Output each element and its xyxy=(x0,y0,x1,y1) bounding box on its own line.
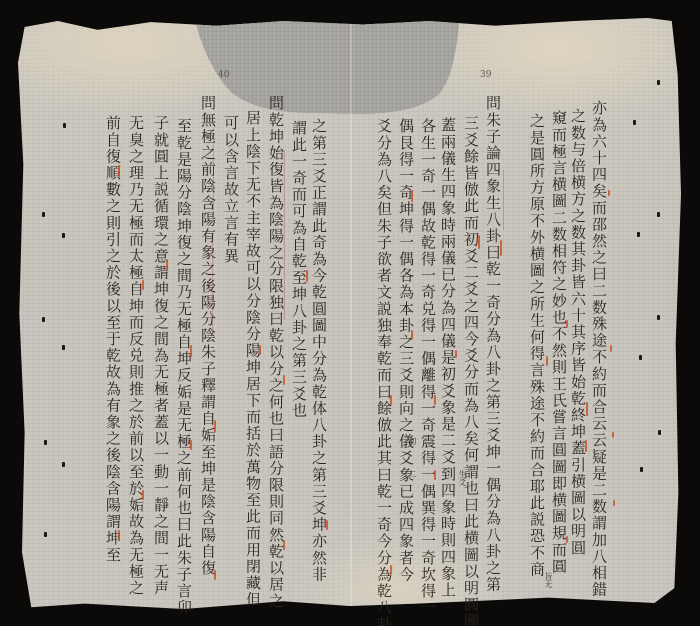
binding-hole xyxy=(657,80,660,85)
text-column: 可以含言故立言有異 xyxy=(222,115,239,264)
text-column: 蓋兩儀生四象時兩儀已分為四儀是初爻象是二爻到四象時則四象上 xyxy=(439,117,456,598)
page-number-left: 40 xyxy=(218,70,229,80)
binding-hole xyxy=(62,233,65,238)
red-punctuation-mark xyxy=(214,570,216,580)
center-fold xyxy=(350,15,352,612)
red-punctuation-mark xyxy=(411,330,413,340)
text-column: 无臭之理乃无極而太極自坤而反兑則推之於前以至於姤故為无極之 xyxy=(127,115,144,596)
text-column: 三爻餘皆倣此而初爻二爻之四今爻分而為八矣何謂也曰此横圖以明圓圖 xyxy=(462,115,479,626)
ruling-line xyxy=(284,150,285,320)
red-punctuation-mark xyxy=(478,235,480,249)
text-column: 問乾坤始復皆為陰陽之分限独曰乾以分之何也曰語分限則同然乾以居之 xyxy=(267,95,284,610)
binding-hole xyxy=(633,120,636,125)
ruling-line xyxy=(213,140,214,215)
red-punctuation-mark xyxy=(500,240,502,256)
text-column: 爻分為八矣但朱子欲者文説独奉乾而曰餘倣此其曰乾一奇今分為乾八卦 xyxy=(375,118,392,626)
page-number-right: 39 xyxy=(480,70,491,80)
text-column: 偶艮得一奇坤得一偶各為本卦之三爻則向之儀爻象已成四象者今 xyxy=(397,118,414,583)
binding-hole xyxy=(63,123,66,128)
red-punctuation-mark xyxy=(283,375,285,385)
binding-hole xyxy=(44,440,47,445)
binding-hole xyxy=(637,232,640,237)
red-punctuation-mark xyxy=(586,402,588,416)
binding-hole xyxy=(42,317,45,322)
red-punctuation-mark xyxy=(390,395,392,405)
marginal-note: 初 xyxy=(408,437,417,445)
text-column: 之第三爻正謂此奇為今乾圓圖中分為乾体八卦之第三爻坤亦然非 xyxy=(310,118,327,583)
binding-hole xyxy=(657,212,660,217)
binding-hole xyxy=(62,462,65,467)
text-column: 謂此一奇而可為自乾至坤八卦之第三爻也 xyxy=(290,120,307,419)
red-punctuation-mark xyxy=(566,536,568,543)
binding-hole xyxy=(42,212,45,217)
text-column: 亦為六十四矣而邵然之曰二数殊途不約而合云云疑是二数謂加八相錯 xyxy=(590,100,607,598)
binding-hole xyxy=(640,467,643,472)
red-punctuation-mark xyxy=(142,280,144,290)
ruling-line xyxy=(503,170,504,230)
red-punctuation-mark xyxy=(411,190,413,202)
text-column: 窺而極言横圖二数相符之妙也不然則王氏嘗言圓圖即横圖規而圓 xyxy=(550,110,567,575)
binding-hole xyxy=(44,532,47,537)
marginal-note: 旨无 xyxy=(544,572,553,588)
red-punctuation-mark xyxy=(326,520,328,530)
binding-hole xyxy=(657,315,660,320)
red-punctuation-mark xyxy=(118,530,120,540)
marginal-note: 二 xyxy=(408,470,417,478)
binding-hole xyxy=(639,355,642,360)
red-punctuation-mark xyxy=(142,490,144,500)
text-column: 各生一奇一偶故乾得一奇兑得一偶離得一奇震得一偶巽得一奇坎得一 xyxy=(419,118,436,616)
red-punctuation-mark xyxy=(283,540,285,550)
ruling-line xyxy=(212,240,213,335)
text-column: 居上陰下无不主宰故可以分陰分陽坤居下而括於萬物至此而用閉藏但 xyxy=(244,110,261,608)
red-punctuation-mark xyxy=(118,165,120,177)
red-punctuation-mark xyxy=(306,270,308,282)
red-punctuation-mark xyxy=(166,260,168,270)
red-punctuation-mark xyxy=(612,432,614,438)
red-punctuation-mark xyxy=(434,395,436,405)
red-punctuation-mark xyxy=(610,345,612,352)
text-column: 問朱子論四象生八卦曰乾一奇分為八卦之第三爻坤一偶分為八卦之第 xyxy=(484,95,501,593)
red-punctuation-mark xyxy=(390,565,392,575)
red-punctuation-mark xyxy=(190,440,192,450)
red-punctuation-mark xyxy=(214,420,216,432)
text-column: 之是圓所方原不外横圖之所生何得言殊途不約而合耶此説恐不商 xyxy=(528,113,545,578)
red-punctuation-mark xyxy=(585,440,587,452)
red-punctuation-mark xyxy=(613,500,615,506)
text-column: 前自復順數之則引之於後以至于乾故為有象之後陰含陽謂坤至 xyxy=(104,115,121,563)
binding-hole xyxy=(62,345,65,350)
text-column: 至乾是陽分陰坤復之間乃无極自坤反姤是无極之前何也曰此朱子言卯 xyxy=(175,118,192,616)
marginal-note: 生爻 xyxy=(458,470,467,486)
red-punctuation-mark xyxy=(608,190,610,196)
red-punctuation-mark xyxy=(434,470,436,480)
binding-hole xyxy=(658,430,661,435)
red-punctuation-mark xyxy=(455,350,457,358)
text-column: 之数与倍横方之数其卦皆六十其序皆始乾終坤蓋引横圖以明圓 xyxy=(569,108,586,556)
text-column: 子就圓上説循環之意謂坤復之間為无極者蓋以一動一靜之間一无声 xyxy=(152,115,169,596)
red-punctuation-mark xyxy=(259,345,261,355)
red-punctuation-mark xyxy=(546,356,548,366)
red-punctuation-mark xyxy=(566,320,568,328)
red-punctuation-mark xyxy=(190,345,192,357)
